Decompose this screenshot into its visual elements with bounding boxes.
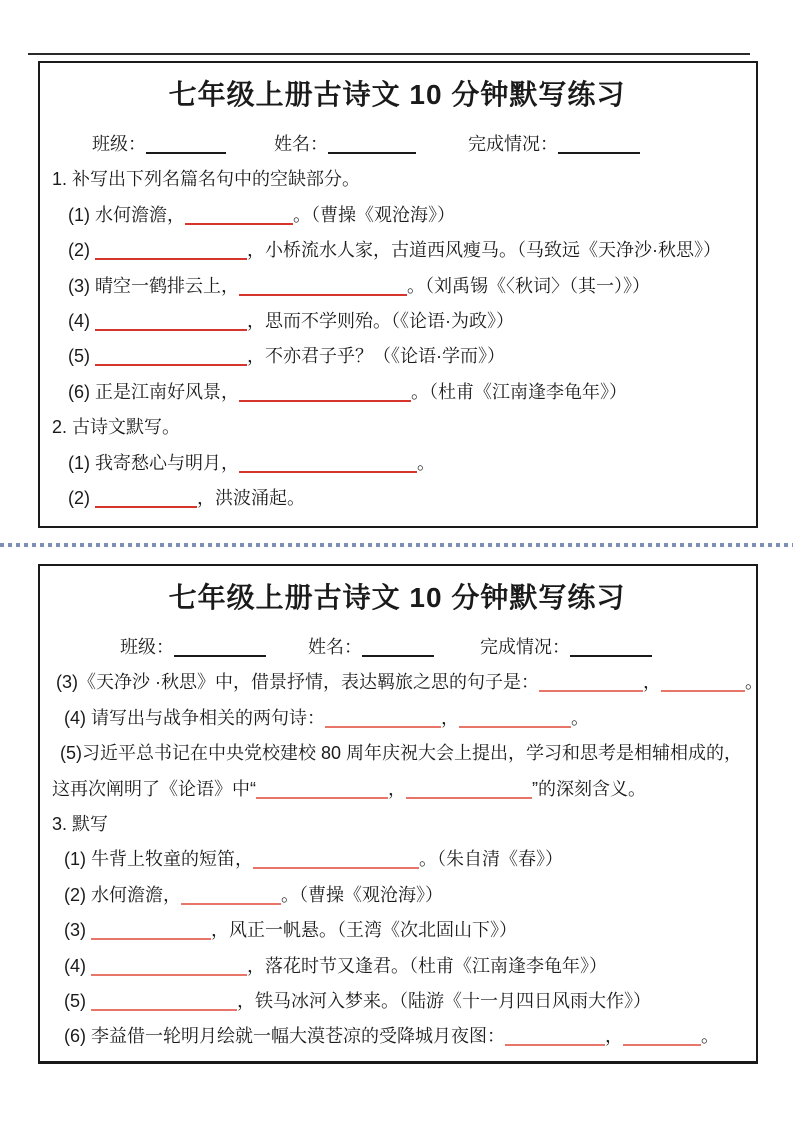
answer-blank — [406, 796, 532, 799]
question-text: 姓名： — [274, 134, 328, 154]
question-line: 2. 古诗文默写。 — [52, 410, 742, 445]
question-text: (1) 牛背上牧童的短笛， — [64, 849, 253, 869]
question-text: 。（刘禹锡《〈秋词〉（其一）》） — [407, 276, 650, 296]
question-text: ，风正一帆悬。（王湾《次北固山下》） — [211, 920, 517, 940]
question-line: (5) ，不亦君子乎？（《论语·学而》） — [52, 339, 742, 374]
question-text: (3) — [64, 920, 91, 940]
answer-blank — [95, 505, 197, 508]
question-text: ， — [643, 672, 661, 692]
question-line: (2) ，洪波涌起。 — [52, 481, 742, 516]
question-text: (5)习近平总书记在中央党校建校 80 周年庆祝大会上提出，学习和思考是相辅相成… — [60, 743, 742, 763]
question-line: 3. 默写 — [52, 807, 742, 842]
worksheet-title: 七年级上册古诗文 10 分钟默写练习 — [52, 580, 742, 616]
answer-blank — [558, 151, 640, 154]
answer-blank — [459, 725, 571, 728]
answer-blank — [95, 363, 247, 366]
question-text: (4) 请写出与战争相关的两句诗： — [64, 708, 325, 728]
question-text: (2) — [68, 488, 95, 508]
answer-blank — [362, 654, 434, 657]
question-text: 。 — [417, 453, 435, 473]
question-line: (3)《天净沙 ·秋思》中，借景抒情，表达羁旅之思的句子是：，。 — [52, 665, 742, 700]
question-text: ，小桥流水人家，古道西风瘦马。（马致远《天净沙·秋思》） — [247, 240, 721, 260]
question-line: (2) ，小桥流水人家，古道西风瘦马。（马致远《天净沙·秋思》） — [52, 233, 742, 268]
question-text: ，落花时节又逢君。（杜甫《江南逢李龟年》） — [247, 956, 607, 976]
answer-blank — [95, 257, 247, 260]
question-text: 班级： — [120, 637, 174, 657]
question-text: (6) 李益借一轮明月绘就一幅大漠苍凉的受降城月夜图： — [64, 1026, 505, 1046]
dotted-cut-separator — [0, 543, 793, 547]
question-text: 完成情况： — [480, 637, 570, 657]
question-line: (3) 晴空一鹤排云上，。（刘禹锡《〈秋词〉（其一）》） — [52, 269, 742, 304]
answer-blank — [91, 973, 247, 976]
page-header-rule — [28, 53, 750, 55]
question-text: ， — [605, 1026, 623, 1046]
question-text: ，不亦君子乎？（《论语·学而》） — [247, 346, 505, 366]
answer-blank — [239, 399, 411, 402]
question-text: 。（朱自清《春》） — [419, 849, 563, 869]
question-line: (6) 正是江南好风景，。（杜甫《江南逢李龟年》） — [52, 375, 742, 410]
answer-blank — [91, 1008, 237, 1011]
question-line: (5)习近平总书记在中央党校建校 80 周年庆祝大会上提出，学习和思考是相辅相成… — [52, 736, 742, 771]
question-text: ，思而不学则殆。（《论语·为政》） — [247, 311, 514, 331]
question-line: (6) 李益借一轮明月绘就一幅大漠苍凉的受降城月夜图：，。 — [52, 1019, 742, 1054]
question-text: 姓名： — [308, 637, 362, 657]
answer-blank — [505, 1043, 605, 1046]
answer-blank — [570, 654, 652, 657]
question-text: (5) — [68, 346, 95, 366]
question-text: 。（杜甫《江南逢李龟年》） — [411, 382, 627, 402]
answer-blank — [661, 689, 745, 692]
worksheet-section-1: 七年级上册古诗文 10 分钟默写练习 班级：姓名：完成情况： 1. 补写出下列名… — [38, 61, 758, 528]
question-text: 完成情况： — [468, 134, 558, 154]
question-line: 1. 补写出下列名篇名句中的空缺部分。 — [52, 162, 742, 197]
answer-blank — [146, 151, 226, 154]
answer-blank — [91, 937, 211, 940]
question-text: (2) 水何澹澹， — [64, 885, 181, 905]
question-text: (4) — [64, 956, 91, 976]
worksheet-title: 七年级上册古诗文 10 分钟默写练习 — [52, 77, 742, 113]
question-line: (1) 水何澹澹，。（曹操《观沧海》） — [52, 198, 742, 233]
question-text: 2. 古诗文默写。 — [52, 417, 180, 437]
answer-blank — [539, 689, 643, 692]
answer-blank — [239, 293, 407, 296]
answer-blank — [253, 866, 419, 869]
question-text: 1. 补写出下列名篇名句中的空缺部分。 — [52, 169, 360, 189]
question-line: (4) ，落花时节又逢君。（杜甫《江南逢李龟年》） — [52, 949, 742, 984]
question-text: 。（曹操《观沧海》） — [293, 205, 455, 225]
answer-blank — [328, 151, 416, 154]
question-text: (1) 水何澹澹， — [68, 205, 185, 225]
question-text: (4) — [68, 311, 95, 331]
question-line: (3) ，风正一帆悬。（王湾《次北固山下》） — [52, 913, 742, 948]
question-line: (4) 请写出与战争相关的两句诗：，。 — [52, 701, 742, 736]
question-text: 这再次阐明了《论语》中“ — [52, 779, 256, 799]
question-text: ，铁马冰河入梦来。（陆游《十一月四日风雨大作》） — [237, 991, 651, 1011]
header-fields-row: 班级：姓名：完成情况： — [52, 127, 742, 162]
question-text: (3) 晴空一鹤排云上， — [68, 276, 239, 296]
question-text: ， — [388, 779, 406, 799]
question-text: 。（曹操《观沧海》） — [281, 885, 443, 905]
answer-blank — [174, 654, 266, 657]
question-text: ， — [441, 708, 459, 728]
question-text: (5) — [64, 991, 91, 1011]
question-text: 。 — [701, 1026, 719, 1046]
question-line: (5) ，铁马冰河入梦来。（陆游《十一月四日风雨大作》） — [52, 984, 742, 1019]
answer-blank — [256, 796, 388, 799]
answer-blank — [181, 902, 281, 905]
question-text: 班级： — [92, 134, 146, 154]
question-text: ”的深刻含义。 — [532, 779, 646, 799]
answer-blank — [95, 328, 247, 331]
question-text: 。 — [571, 708, 589, 728]
answer-blank — [239, 470, 417, 473]
answer-blank — [185, 222, 293, 225]
question-text: 3. 默写 — [52, 814, 108, 834]
worksheet-section-2: 七年级上册古诗文 10 分钟默写练习 班级：姓名：完成情况： (3)《天净沙 ·… — [38, 564, 758, 1064]
question-line: (4) ，思而不学则殆。（《论语·为政》） — [52, 304, 742, 339]
question-line: (1) 我寄愁心与明月，。 — [52, 446, 742, 481]
answer-blank — [623, 1043, 701, 1046]
question-line: (2) 水何澹澹，。（曹操《观沧海》） — [52, 878, 742, 913]
question-lines: (3)《天净沙 ·秋思》中，借景抒情，表达羁旅之思的句子是：，。(4) 请写出与… — [52, 665, 742, 1054]
question-text: (3)《天净沙 ·秋思》中，借景抒情，表达羁旅之思的句子是： — [56, 672, 539, 692]
question-text: ，洪波涌起。 — [197, 488, 305, 508]
question-line: (1) 牛背上牧童的短笛，。（朱自清《春》） — [52, 842, 742, 877]
question-text: (1) 我寄愁心与明月， — [68, 453, 239, 473]
answer-blank — [325, 725, 441, 728]
question-text: 。 — [745, 672, 763, 692]
question-line: 这再次阐明了《论语》中“，”的深刻含义。 — [52, 772, 742, 807]
question-text: (2) — [68, 240, 95, 260]
question-text: (6) 正是江南好风景， — [68, 382, 239, 402]
question-lines: 1. 补写出下列名篇名句中的空缺部分。(1) 水何澹澹，。（曹操《观沧海》）(2… — [52, 162, 742, 516]
worksheet-page: 七年级上册古诗文 10 分钟默写练习 班级：姓名：完成情况： 1. 补写出下列名… — [0, 0, 793, 1122]
header-fields-row: 班级：姓名：完成情况： — [52, 630, 742, 665]
